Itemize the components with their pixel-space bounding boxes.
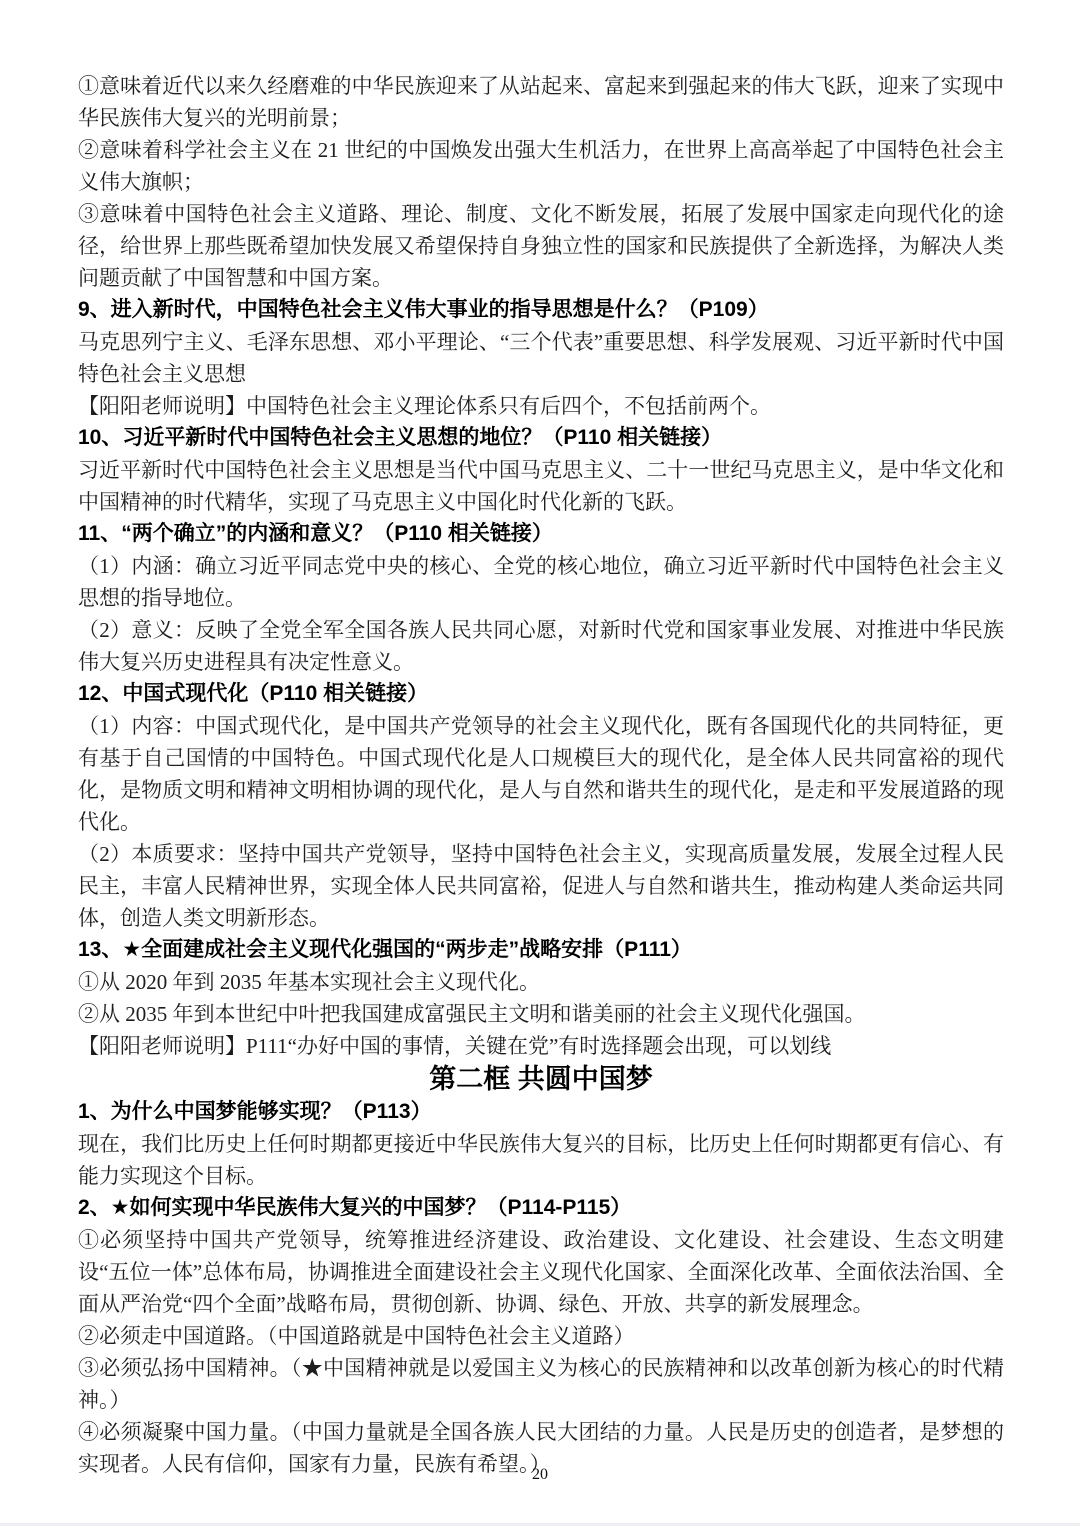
question-heading: 1、为什么中国梦能够实现？（P113）: [78, 1096, 1004, 1128]
teacher-note: 【阳阳老师说明】中国特色社会主义理论体系只有后四个，不包括前两个。: [78, 390, 1004, 422]
answer-point: （2）本质要求：坚持中国共产党领导，坚持中国特色社会主义，实现高质量发展，发展全…: [78, 838, 1004, 934]
document-page: ①意味着近代以来久经磨难的中华民族迎来了从站起来、富起来到强起来的伟大飞跃，迎来…: [0, 0, 1080, 1526]
question-heading: 10、习近平新时代中国特色社会主义思想的地位？（P110 相关链接）: [78, 422, 1004, 454]
section-title: 第二框 共圆中国梦: [78, 1062, 1004, 1096]
document-content: ①意味着近代以来久经磨难的中华民族迎来了从站起来、富起来到强起来的伟大飞跃，迎来…: [78, 70, 1004, 1480]
page-number: 20: [0, 1466, 1080, 1484]
answer-point: ③意味着中国特色社会主义道路、理论、制度、文化不断发展，拓展了发展中国家走向现代…: [78, 198, 1004, 294]
answer-point: ③必须弘扬中国精神。（★中国精神就是以爱国主义为核心的民族精神和以改革创新为核心…: [78, 1352, 1004, 1416]
question-heading: 9、进入新时代，中国特色社会主义伟大事业的指导思想是什么？（P109）: [78, 294, 1004, 326]
question-heading: 13、★全面建成社会主义现代化强国的“两步走”战略安排（P111）: [78, 934, 1004, 966]
answer-point: （2）意义：反映了全党全军全国各族人民共同心愿，对新时代党和国家事业发展、对推进…: [78, 614, 1004, 678]
question-heading: 11、“两个确立”的内涵和意义？（P110 相关链接）: [78, 518, 1004, 550]
answer-point: ①从 2020 年到 2035 年基本实现社会主义现代化。: [78, 966, 1004, 998]
answer-point: ②必须走中国道路。（中国道路就是中国特色社会主义道路）: [78, 1320, 1004, 1352]
answer-point: ①意味着近代以来久经磨难的中华民族迎来了从站起来、富起来到强起来的伟大飞跃，迎来…: [78, 70, 1004, 134]
teacher-note: 【阳阳老师说明】P111“办好中国的事情，关键在党”有时选择题会出现，可以划线: [78, 1030, 1004, 1062]
answer-text: 习近平新时代中国特色社会主义思想是当代中国马克思主义、二十一世纪马克思主义，是中…: [78, 454, 1004, 518]
answer-point: ②从 2035 年到本世纪中叶把我国建成富强民主文明和谐美丽的社会主义现代化强国…: [78, 998, 1004, 1030]
answer-point: （1）内涵：确立习近平同志党中央的核心、全党的核心地位，确立习近平新时代中国特色…: [78, 550, 1004, 614]
answer-point: （1）内容：中国式现代化，是中国共产党领导的社会主义现代化，既有各国现代化的共同…: [78, 710, 1004, 838]
answer-point: ②意味着科学社会主义在 21 世纪的中国焕发出强大生机活力，在世界上高高举起了中…: [78, 134, 1004, 198]
answer-point: ①必须坚持中国共产党领导，统筹推进经济建设、政治建设、文化建设、社会建设、生态文…: [78, 1224, 1004, 1320]
question-heading: 2、★如何实现中华民族伟大复兴的中国梦？（P114-P115）: [78, 1192, 1004, 1224]
answer-text: 马克思列宁主义、毛泽东思想、邓小平理论、“三个代表”重要思想、科学发展观、习近平…: [78, 326, 1004, 390]
question-heading: 12、中国式现代化（P110 相关链接）: [78, 678, 1004, 710]
answer-text: 现在，我们比历史上任何时期都更接近中华民族伟大复兴的目标，比历史上任何时期都更有…: [78, 1128, 1004, 1192]
